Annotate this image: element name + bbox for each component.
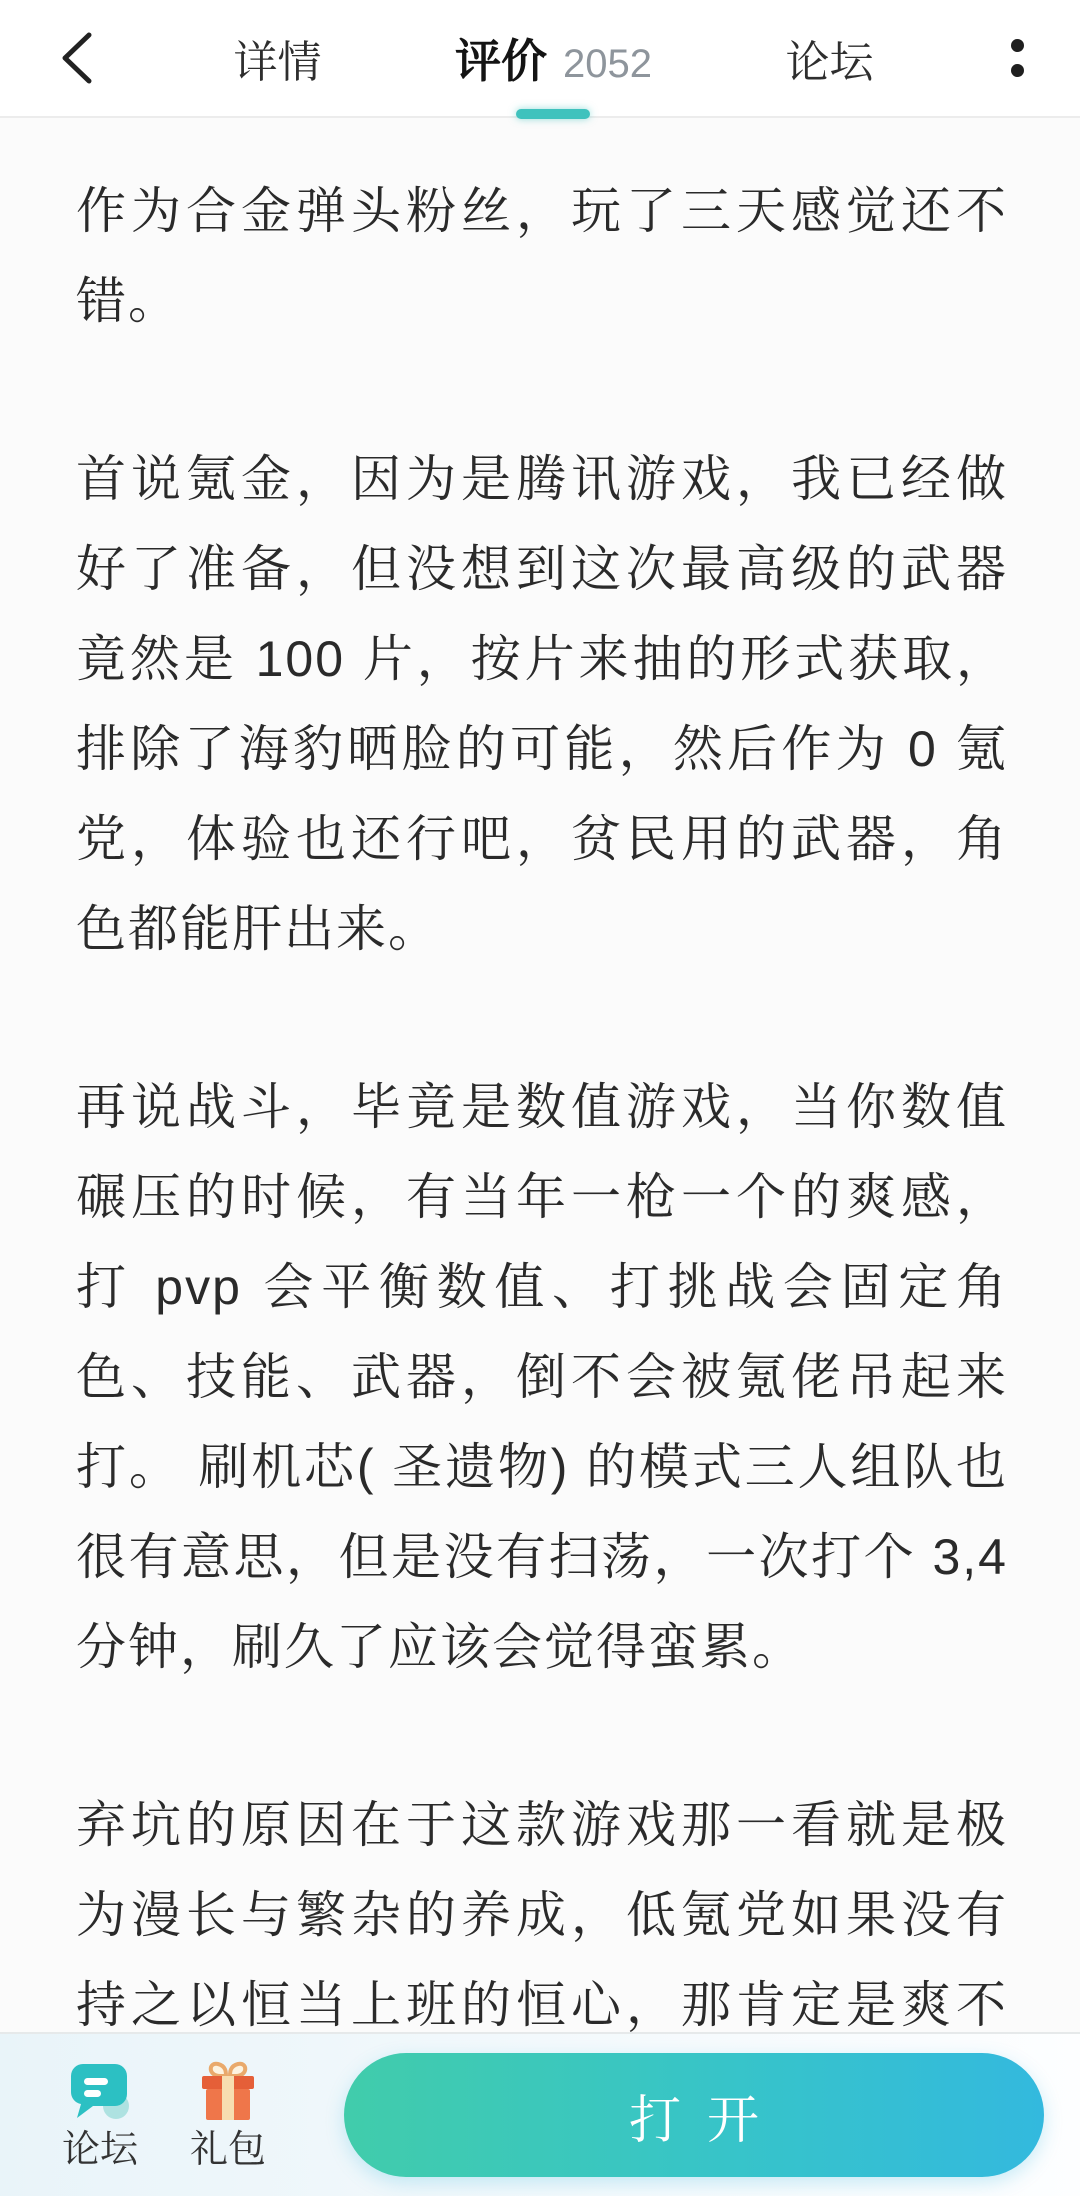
- forum-action[interactable]: 论坛: [36, 2060, 164, 2170]
- tab-reviews[interactable]: 评价 2052: [449, 11, 658, 105]
- open-button[interactable]: 打开: [344, 2053, 1044, 2177]
- review-paragraph: 作为合金弹头粉丝，玩了三天感觉还不错。: [76, 166, 1008, 346]
- tab-reviews-count: 2052: [563, 42, 652, 87]
- giftpack-action-label: 礼包: [190, 2130, 266, 2170]
- overflow-menu-icon[interactable]: [1001, 33, 1034, 83]
- giftpack-action[interactable]: 礼包: [164, 2060, 292, 2170]
- review-paragraph: 再说战斗，毕竟是数值游戏，当你数值碾压的时候，有当年一枪一个的爽感，打 pvp …: [76, 1062, 1008, 1692]
- review-scroll-area[interactable]: 作为合金弹头粉丝，玩了三天感觉还不错。 首说氪金，因为是腾讯游戏，我已经做好了准…: [0, 120, 1080, 2032]
- back-button[interactable]: [46, 18, 106, 98]
- bottom-action-bar: 论坛 礼包 打开: [0, 2032, 1080, 2196]
- forum-action-label: 论坛: [62, 2130, 138, 2170]
- review-paragraph: 弃坑的原因在于这款游戏那一看就是极为漫长与繁杂的养成，低氪党如果没有持之以恒当上…: [76, 1780, 1008, 2032]
- tab-details[interactable]: 详情: [228, 12, 328, 104]
- gift-icon: [196, 2060, 260, 2122]
- app-screen: 详情 评价 2052 论坛 作为合金弹头粉丝，玩了三天感觉还不错。 首说氪金，因…: [0, 0, 1080, 2196]
- tab-reviews-label: 评价: [455, 25, 547, 91]
- top-tab-bar: 详情 评价 2052 论坛: [0, 0, 1080, 118]
- tab-forum-label: 论坛: [785, 26, 873, 90]
- tab-details-label: 详情: [234, 26, 322, 90]
- tab-forum[interactable]: 论坛: [779, 12, 879, 104]
- review-paragraph: 首说氪金，因为是腾讯游戏，我已经做好了准备，但没想到这次最高级的武器竟然是 10…: [76, 434, 1008, 974]
- chevron-left-icon: [59, 32, 93, 84]
- active-tab-underline: [516, 109, 590, 119]
- chat-bubble-icon: [67, 2060, 133, 2122]
